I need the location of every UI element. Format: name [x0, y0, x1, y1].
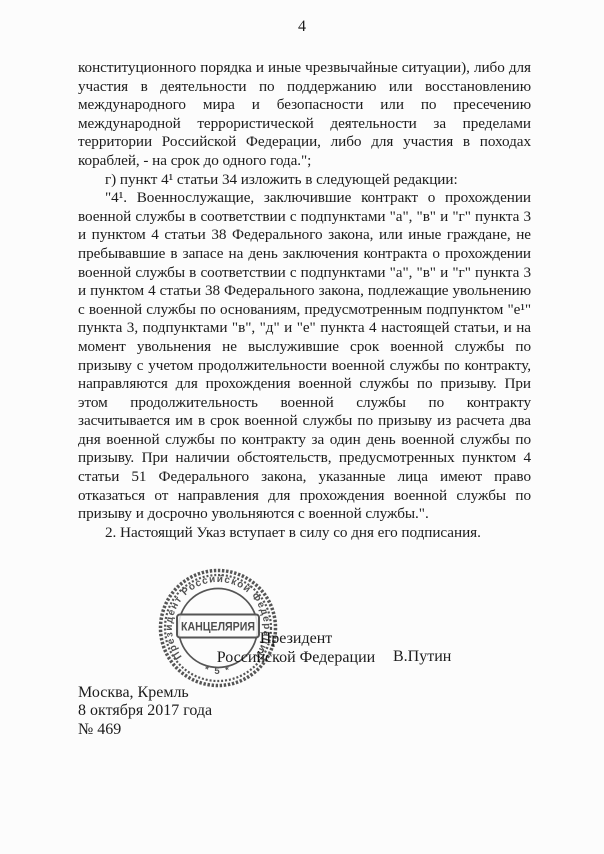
stamp-center-label: КАНЦЕЛЯРИЯ — [181, 619, 255, 633]
text-line: военной службы в соответствии с подпункт… — [78, 208, 531, 227]
issuance-place: Москва, Кремль — [78, 684, 212, 702]
scanned-decree-page: { "page": { "number": "4", "background_c… — [0, 0, 604, 854]
text-line: г) пункт 4¹ статьи 34 изложить в следующ… — [78, 171, 531, 190]
document-page: 4 конституционного порядка и иные чрезвы… — [0, 0, 604, 854]
issuance-number: № 469 — [78, 721, 212, 739]
text-line: военной службы в соответствии с подпункт… — [78, 264, 531, 283]
document-body: конституционного порядка и иные чрезвыча… — [78, 59, 531, 542]
issuance-date: 8 октября 2017 года — [78, 702, 212, 720]
text-line: пребывавшие в запасе на день заключения … — [78, 245, 531, 264]
text-line: конституционного порядка и иные чрезвыча… — [78, 59, 531, 78]
paragraph: "4¹. Военнослужащие, заключившие контрак… — [78, 189, 531, 524]
text-line: засчитывается им в срок военной службы п… — [78, 412, 531, 431]
text-line: статьи 51 Федерального закона, указанные… — [78, 468, 531, 487]
stamp-bottom-mark: * 5 * — [203, 664, 232, 677]
issuance-block: Москва, Кремль 8 октября 2017 года № 469 — [78, 684, 212, 739]
text-line: призыву и досрочно увольняются с военной… — [78, 505, 531, 524]
text-line: и пунктом 4 статьи 38 Федерального закон… — [78, 282, 531, 301]
text-line: международной террористической деятельно… — [78, 115, 531, 134]
paragraph: конституционного порядка и иные чрезвыча… — [78, 59, 531, 171]
text-line: с военной службы по основаниям, предусмо… — [78, 301, 531, 320]
chancellery-seal-stamp: Президент Российской Федерации * 5 * КАН… — [156, 566, 280, 690]
text-line: международного мира и безопасности или п… — [78, 96, 531, 115]
signature-name: В.Путин — [393, 648, 451, 667]
text-line: пункта 3, подпунктами "в", "д" и "е" пун… — [78, 319, 531, 338]
text-line: территории Российской Федерации, либо дл… — [78, 133, 531, 152]
text-line: призыву с учетом продолжительности военн… — [78, 357, 531, 376]
text-line: момент увольнения не выслужившие срок во… — [78, 338, 531, 357]
text-line: и пунктом 4 статьи 38 Федерального закон… — [78, 226, 531, 245]
text-line: участия в деятельности по поддержанию ил… — [78, 78, 531, 97]
page-number: 4 — [0, 18, 604, 36]
text-line: призыву. При наличии обстоятельств, пред… — [78, 449, 531, 468]
text-line: "4¹. Военнослужащие, заключившие контрак… — [78, 189, 531, 208]
text-line: кораблей, - на срок до одного года."; — [78, 152, 531, 171]
text-line: этом продолжительность военной службы по… — [78, 394, 531, 413]
text-line: 2. Настоящий Указ вступает в силу со дня… — [78, 524, 531, 543]
text-line: отказаться от направления для прохождени… — [78, 487, 531, 506]
text-line: дня военной службы по контракту за один … — [78, 431, 531, 450]
paragraph: г) пункт 4¹ статьи 34 изложить в следующ… — [78, 171, 531, 190]
text-line: направляются для прохождения военной слу… — [78, 375, 531, 394]
paragraph: 2. Настоящий Указ вступает в силу со дня… — [78, 524, 531, 543]
